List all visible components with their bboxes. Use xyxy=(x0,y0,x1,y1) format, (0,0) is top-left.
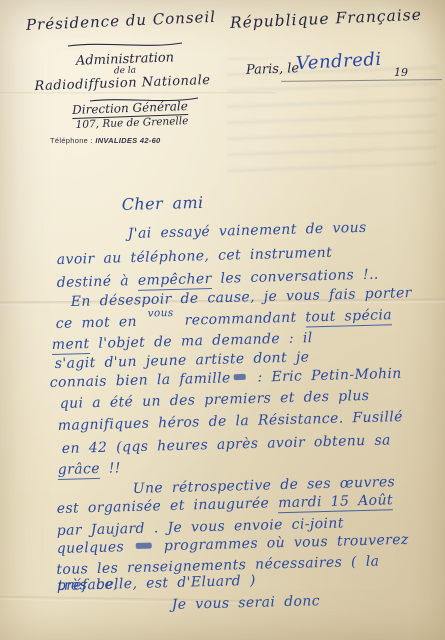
letter-line: ce mot en vous recommandant tout spécia xyxy=(56,307,393,333)
letter-line: est organisée et inaugurée mardi 15 Août xyxy=(57,492,394,517)
ink-blot xyxy=(234,374,246,380)
letter-page: Présidence du Conseil Administration de … xyxy=(0,0,445,640)
letterhead-phone: Téléphone : INVALIDES 42-60 xyxy=(50,136,161,145)
text-segment: ce mot en xyxy=(56,314,146,332)
letter-line: J'ai essayé vainement de vous xyxy=(128,220,367,242)
letter-line: Cher ami xyxy=(122,195,204,213)
phone-number: INVALIDES 42-60 xyxy=(95,136,160,145)
letterhead-presidence: Présidence du Conseil xyxy=(26,8,217,34)
text-segment: magnifiques héros de la Résistance. Fusi… xyxy=(58,409,403,434)
text-segment: recommandant xyxy=(176,309,306,328)
ink-blot xyxy=(136,543,152,549)
text-segment: avoir au téléphone, cet instrument xyxy=(57,245,333,268)
letter-line: Je vous serai donc xyxy=(172,593,321,613)
text-segment: connais bien la famille xyxy=(50,370,231,391)
text-segment: : Eric Petin-Mohin xyxy=(248,366,401,386)
text-segment: l'objet de ma demande : il xyxy=(89,330,312,352)
text-segment: destiné à xyxy=(57,273,138,291)
text-segment: quelques xyxy=(57,539,134,557)
flourish-underline xyxy=(66,40,184,49)
letter-line: qui a été un des premiers et des plus xyxy=(60,388,370,412)
text-segment: les conversations !.. xyxy=(211,267,378,287)
text-segment: ment xyxy=(52,336,90,355)
text-segment: Je vous serai donc xyxy=(172,593,321,613)
year-prefix: 19 xyxy=(394,66,408,79)
text-segment: qui a été un des premiers et des plus xyxy=(60,388,370,412)
text-segment: tout spécia xyxy=(305,307,392,327)
text-segment: empêcher xyxy=(138,271,212,291)
letter-line: avoir au téléphone, cet instrument xyxy=(57,245,333,268)
text-segment: J'ai essayé vainement de vous xyxy=(128,220,367,242)
date-prefix: Paris, le xyxy=(246,61,300,78)
text-segment: !! xyxy=(100,460,121,477)
text-segment: mardi 15 Août xyxy=(278,492,393,513)
text-segment: en 42 (qqs heures après avoir obtenu sa xyxy=(62,432,391,457)
letter-line: magnifiques héros de la Résistance. Fusi… xyxy=(58,409,403,434)
handwritten-day: Vendredi xyxy=(296,49,383,74)
text-segment: est organisée et inaugurée xyxy=(57,495,279,517)
text-segment: vous xyxy=(147,307,173,320)
letter-line: en 42 (qqs heures après avoir obtenu sa xyxy=(62,432,391,457)
text-segment: Cher ami xyxy=(122,193,204,214)
phone-label: Téléphone : xyxy=(50,136,93,145)
letter-line: grâce !! xyxy=(58,460,121,478)
text-segment: grâce xyxy=(58,461,101,480)
